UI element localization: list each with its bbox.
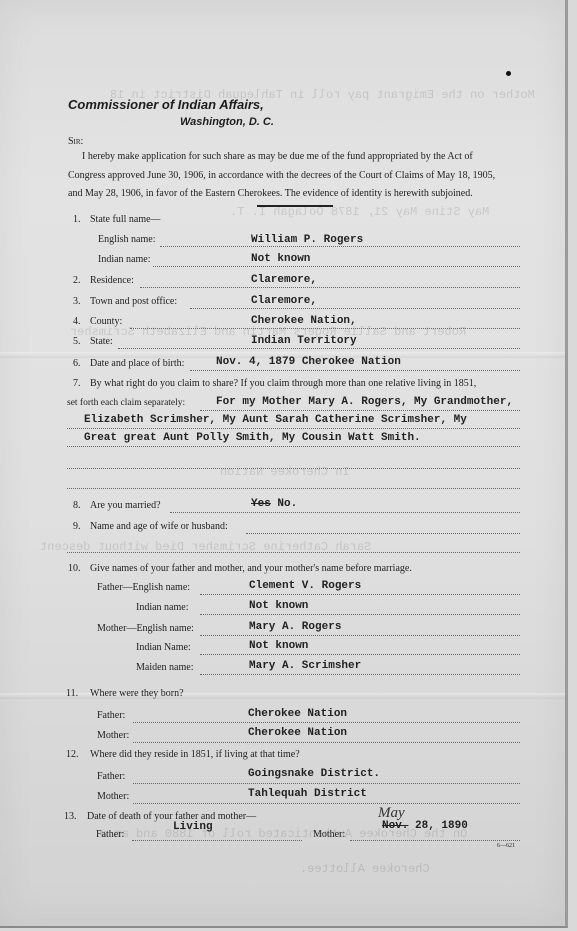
q7-value-line-2: Elizabeth Scrimsher, My Aunt Sarah Cathe…	[84, 414, 467, 426]
married-field-line	[170, 512, 520, 513]
death-father-value: Living	[173, 821, 213, 833]
born-mother-field-line	[133, 742, 520, 743]
county-label: County:	[90, 316, 122, 327]
form-number: 6—621	[497, 843, 515, 849]
father-english-value: Clement V. Rogers	[249, 580, 361, 592]
birth-value: Nov. 4, 1879 Cherokee Nation	[216, 356, 401, 368]
q12-label: Where did they reside in 1851, if living…	[90, 749, 300, 760]
state-value: Indian Territory	[251, 335, 357, 347]
married-label: Are you married?	[90, 500, 161, 511]
q10-label: Give names of your father and mother, an…	[90, 563, 412, 574]
intro-line-2: Congress approved June 30, 1906, in acco…	[68, 166, 495, 185]
addressee: Commissioner of Indian Affairs,	[68, 97, 264, 112]
q7-field-line-1	[200, 410, 520, 411]
q8-number: 8.	[73, 500, 81, 511]
q3-number: 3.	[73, 296, 81, 307]
q12-number: 12.	[66, 749, 79, 760]
reside-father-label: Father:	[97, 771, 125, 782]
salutation: Sir:	[68, 136, 83, 147]
mother-indian-field-line	[200, 654, 520, 655]
q13-number: 13.	[64, 811, 77, 822]
spouse-field-line-2	[67, 552, 520, 553]
maiden-name-field-line	[200, 674, 520, 675]
q11-label: Where were they born?	[90, 688, 184, 699]
birth-field-line	[190, 370, 520, 371]
maiden-name-label: Maiden name:	[136, 662, 193, 673]
town-post-office-label: Town and post office:	[90, 296, 177, 307]
q7-label-line-2: set forth each claim separately:	[67, 398, 185, 408]
q2-number: 2.	[73, 275, 81, 286]
q7-label-line-1: By what right do you claim to share? If …	[90, 378, 476, 389]
q7-field-line-4	[67, 468, 520, 469]
death-father-field-line	[132, 840, 302, 841]
town-post-office-field-line	[190, 308, 520, 309]
death-mother-value: Nov. 28, 1890	[382, 820, 468, 832]
reside-father-field-line	[133, 783, 520, 784]
addressee-location: Washington, D. C.	[180, 116, 274, 128]
mother-english-label: Mother—English name:	[97, 623, 194, 634]
married-struck-value: Yes	[251, 498, 271, 510]
mother-english-value: Mary A. Rogers	[249, 621, 341, 633]
intro-line-3: and May 28, 1906, in favor of the Easter…	[68, 184, 473, 203]
reside-mother-field-line	[133, 803, 520, 804]
father-english-field-line	[200, 594, 520, 595]
english-name-label: English name:	[98, 234, 156, 245]
town-post-office-value: Claremore,	[251, 295, 317, 307]
state-label: State:	[90, 336, 113, 347]
death-mother-label: Mother:	[313, 829, 345, 840]
bleed-through-text: Cherokee Allottee.	[300, 862, 430, 876]
q7-field-line-5	[67, 488, 520, 489]
born-father-label: Father:	[97, 710, 125, 721]
father-indian-field-line	[200, 614, 520, 615]
mother-indian-label: Indian Name:	[136, 642, 191, 653]
born-father-value: Cherokee Nation	[248, 708, 347, 720]
q1-number: 1.	[73, 214, 81, 225]
mother-english-field-line	[200, 635, 520, 636]
married-value: Yes No.	[251, 498, 297, 510]
q11-number: 11.	[66, 688, 78, 699]
residence-field-line	[140, 287, 520, 288]
reside-mother-value: Tahlequah District	[248, 788, 367, 800]
father-indian-label: Indian name:	[136, 602, 188, 613]
q4-number: 4.	[73, 316, 81, 327]
reside-father-value: Goingsnake District.	[248, 768, 380, 780]
q1-label: State full name—	[90, 214, 161, 225]
indian-name-value: Not known	[251, 253, 310, 265]
spouse-field-line	[246, 533, 520, 534]
born-father-field-line	[133, 722, 520, 723]
header-divider	[257, 205, 333, 207]
q7-value-line-3: Great great Aunt Polly Smith, My Cousin …	[84, 432, 421, 444]
q9-number: 9.	[73, 521, 81, 532]
english-name-value: William P. Rogers	[251, 234, 363, 246]
death-mother-field-line	[350, 840, 520, 841]
born-mother-value: Cherokee Nation	[248, 727, 347, 739]
bleed-through-text: May Stine May 21, 1878 Oolagah I. T.	[230, 205, 489, 219]
q7-number: 7.	[73, 378, 81, 389]
q7-field-line-2	[67, 428, 520, 429]
spouse-label: Name and age of wife or husband:	[90, 521, 228, 532]
indian-name-label: Indian name:	[98, 254, 150, 265]
state-field-line	[118, 348, 520, 349]
birth-label: Date and place of birth:	[90, 358, 184, 369]
maiden-name-value: Mary A. Scrimsher	[249, 660, 361, 672]
q10-number: 10.	[68, 563, 81, 574]
father-indian-value: Not known	[249, 600, 308, 612]
death-mother-struck-month: Nov.	[382, 820, 408, 832]
father-english-label: Father—English name:	[97, 582, 190, 593]
document-page: Mother on the Emigrant pay roll in Tahle…	[0, 0, 568, 928]
death-mother-date: 28, 1890	[415, 820, 468, 832]
mother-indian-value: Not known	[249, 640, 308, 652]
paper-fold	[0, 693, 565, 699]
county-field-line	[130, 328, 520, 329]
residence-value: Claremore,	[251, 274, 317, 286]
q6-number: 6.	[73, 358, 81, 369]
born-mother-label: Mother:	[97, 730, 129, 741]
q7-field-line-3	[67, 446, 520, 447]
q13-label: Date of death of your father and mother—	[87, 811, 256, 822]
english-name-field-line	[160, 246, 520, 247]
married-answer: No.	[277, 498, 297, 510]
ink-spot	[506, 71, 511, 76]
residence-label: Residence:	[90, 275, 134, 286]
reside-mother-label: Mother:	[97, 791, 129, 802]
intro-line-1: I hereby make application for such share…	[82, 147, 473, 166]
q5-number: 5.	[73, 336, 81, 347]
death-father-label: Father:	[96, 829, 124, 840]
q7-value-line-1: For my Mother Mary A. Rogers, My Grandmo…	[216, 396, 513, 408]
county-value: Cherokee Nation,	[251, 315, 357, 327]
indian-name-field-line	[153, 266, 520, 267]
